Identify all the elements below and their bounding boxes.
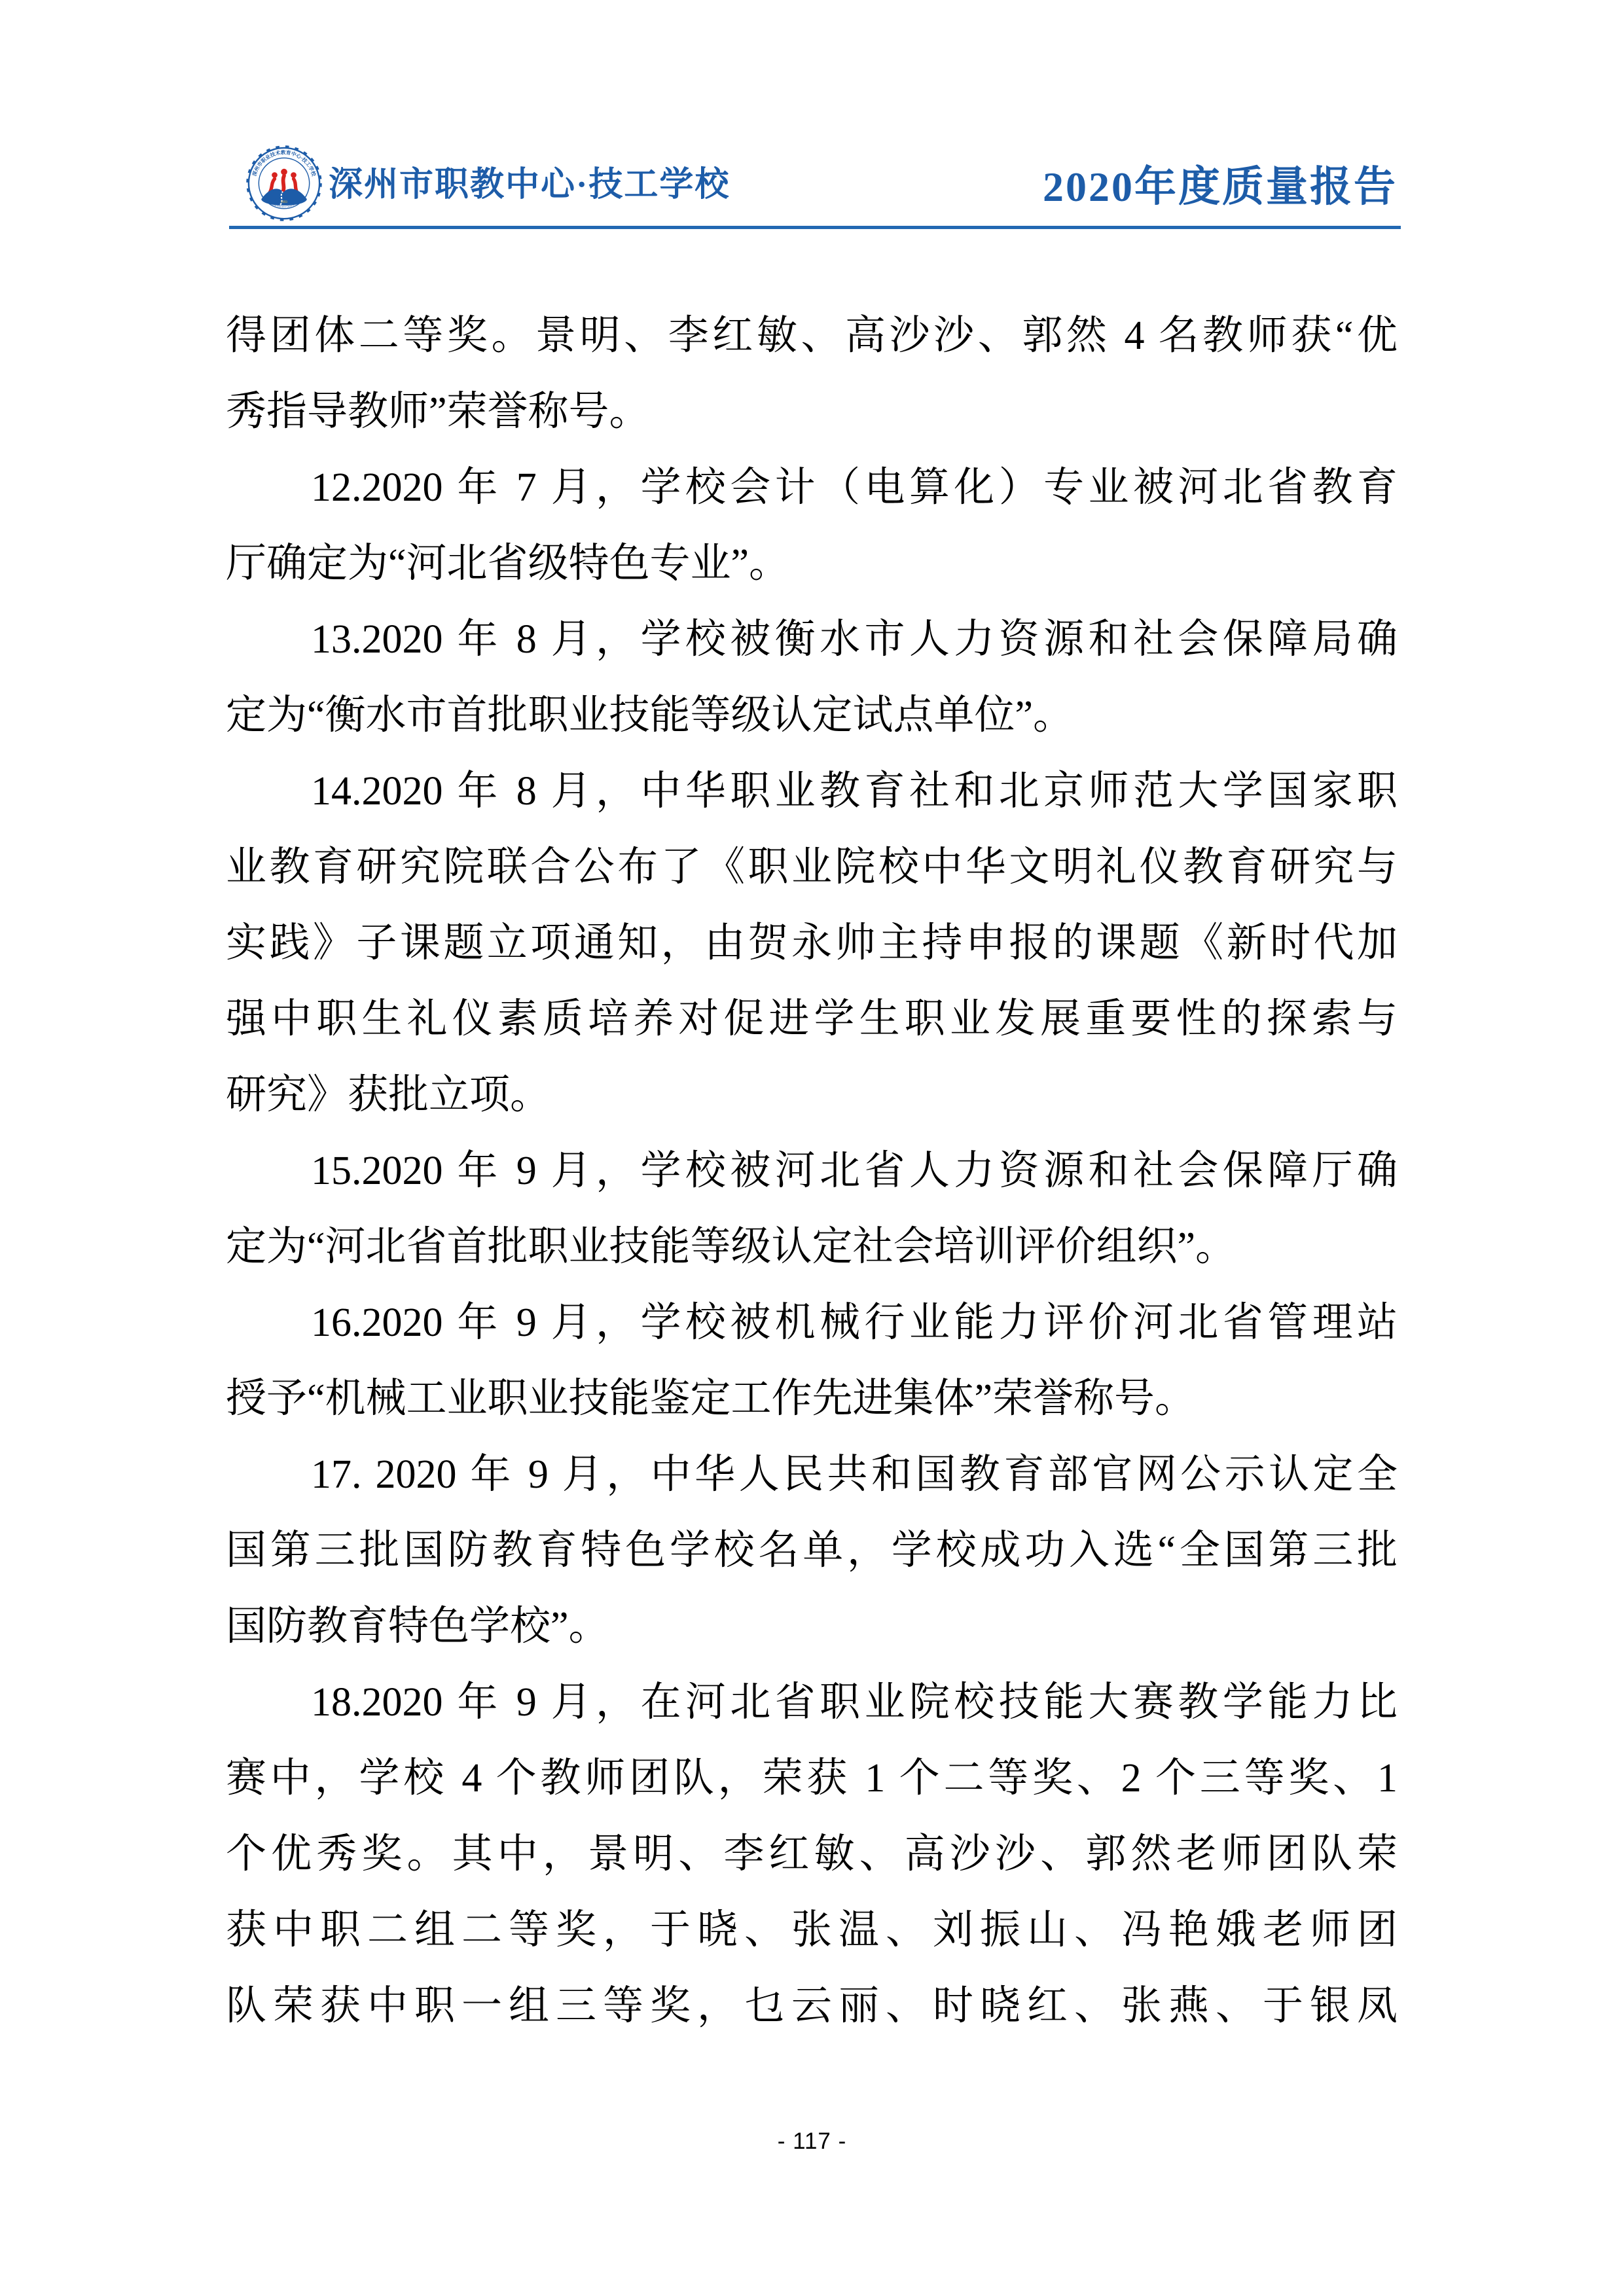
text-line: 获中职二组二等奖，于晓、张温、刘振山、冯艳娥老师团 — [226, 1892, 1398, 1968]
text-line: 厅确定为“河北省级特色专业”。 — [226, 526, 1398, 601]
text-line: 16.2020 年 9 月，学校被机械行业能力评价河北省管理站 — [226, 1285, 1398, 1361]
school-badge-icon: 深州市职业技术教育中心·技工学校 1993 Shenzhou Voca — [246, 145, 322, 223]
text-line: 国第三批国防教育特色学校名单，学校成功入选“全国第三批 — [226, 1513, 1398, 1588]
text-line: 赛中，学校 4 个教师团队，荣获 1 个二等奖、2 个三等奖、1 — [226, 1740, 1398, 1816]
text-line: 研究》获批立项。 — [226, 1057, 1398, 1133]
text-line: 个优秀奖。其中，景明、李红敏、高沙沙、郭然老师团队荣 — [226, 1816, 1398, 1892]
text-line: 实践》子课题立项通知，由贺永帅主持申报的课题《新时代加 — [226, 905, 1398, 981]
text-line: 授予“机械工业职业技能鉴定工作先进集体”荣誉称号。 — [226, 1361, 1398, 1437]
text-line: 秀指导教师”荣誉称号。 — [226, 374, 1398, 450]
report-title: 2020年度质量报告 — [1043, 161, 1398, 213]
badge-year: 1993 — [281, 201, 287, 204]
text-line: 队荣获中职一组三等奖，乜云丽、时晓红、张燕、于银凤 — [226, 1968, 1398, 2044]
text-line: 定为“衡水市首批职业技能等级认定试点单位”。 — [226, 677, 1398, 753]
text-line: 17. 2020 年 9 月，中华人民共和国教育部官网公示认定全 — [226, 1437, 1398, 1513]
text-line: 18.2020 年 9 月，在河北省职业院校技能大赛教学能力比 — [226, 1664, 1398, 1740]
school-logo: 深州市职业技术教育中心·技工学校 1993 Shenzhou Voca — [246, 145, 322, 223]
page-number: - 117 - — [0, 2128, 1624, 2155]
text-line: 定为“河北省首批职业技能等级认定社会培训评价组织”。 — [226, 1209, 1398, 1285]
text-line: 12.2020 年 7 月，学校会计（电算化）专业被河北省教育 — [226, 450, 1398, 526]
text-line: 国防教育特色学校”。 — [226, 1588, 1398, 1664]
text-line: 13.2020 年 8 月，学校被衡水市人力资源和社会保障局确 — [226, 601, 1398, 677]
text-line: 业教育研究院联合公布了《职业院校中华文明礼仪教育研究与 — [226, 829, 1398, 905]
header-divider — [229, 226, 1401, 229]
document-page: 深州市职业技术教育中心·技工学校 1993 Shenzhou Voca — [0, 0, 1624, 2296]
text-line: 强中职生礼仪素质培养对促进学生职业发展重要性的探索与 — [226, 981, 1398, 1057]
school-name: 深州市职教中心·技工学校 — [329, 165, 730, 206]
text-line: 得团体二等奖。景明、李红敏、高沙沙、郭然 4 名教师获“优 — [226, 298, 1398, 374]
text-line: 14.2020 年 8 月，中华职业教育社和北京师范大学国家职 — [226, 753, 1398, 829]
document-text: 得团体二等奖。景明、李红敏、高沙沙、郭然 4 名教师获“优秀指导教师”荣誉称号。… — [226, 298, 1398, 2044]
text-line: 15.2020 年 9 月，学校被河北省人力资源和社会保障厅确 — [226, 1133, 1398, 1209]
